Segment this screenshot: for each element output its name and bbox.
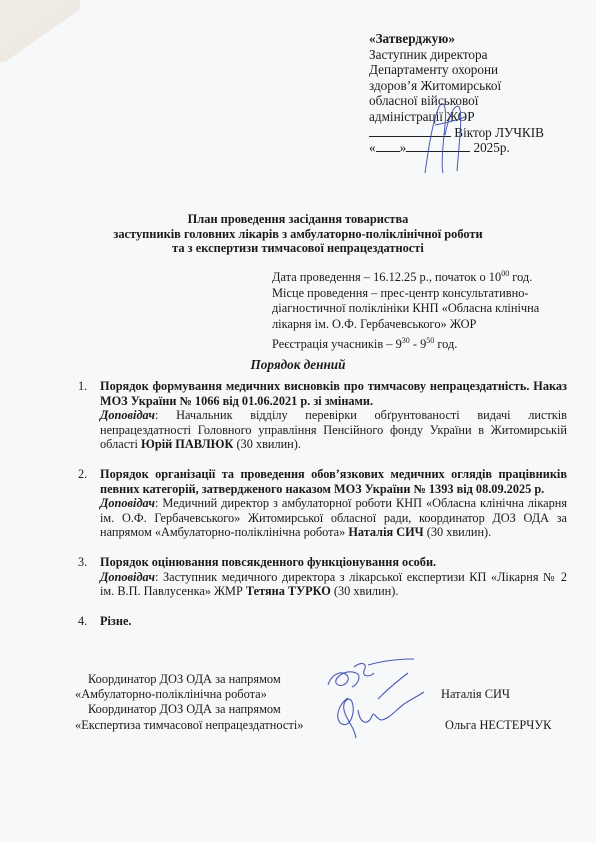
approver-signature-icon xyxy=(415,95,475,175)
reg-suffix: год. xyxy=(434,337,457,351)
coordinator2-signature-icon xyxy=(330,690,430,740)
item-number: 3. xyxy=(70,555,100,599)
approval-line: здоров’я Житомирської xyxy=(369,78,569,94)
speaker-name: Тетяна ТУРКО xyxy=(246,584,331,598)
speaker-duration: (30 хвилин). xyxy=(331,584,399,598)
coordinator2-name: Ольга НЕСТЕРЧУК xyxy=(445,718,551,733)
item-number: 1. xyxy=(70,379,100,452)
date-open-quote: « xyxy=(369,140,376,155)
coordinator2-direction: «Експертиза тимчасової непрацездатності»… xyxy=(75,718,575,733)
meeting-place: Місце проведення – прес-центр консультат… xyxy=(272,286,572,333)
agenda-title: Порядок денний xyxy=(0,357,596,373)
coordinator1-direction-text: «Амбулаторно-поліклінічна робота» xyxy=(75,687,267,701)
speaker-label: Доповідач xyxy=(100,408,155,422)
document-title: План проведення засідання товариства зас… xyxy=(0,212,596,256)
approval-heading: «Затверджую» xyxy=(369,31,569,47)
reg-text: Реєстрація учасників – 9 xyxy=(272,337,402,351)
speaker-name: Наталія СИЧ xyxy=(348,525,423,539)
speaker-name: Юрій ПАВЛЮК xyxy=(141,437,233,451)
speaker-label: Доповідач xyxy=(100,496,155,510)
item-topic: Різне. xyxy=(100,614,132,628)
coordinator1-name: Наталія СИЧ xyxy=(441,687,510,702)
date-text: Дата проведення – 16.12.25 р., початок о… xyxy=(272,270,501,284)
meeting-details: Дата проведення – 16.12.25 р., початок о… xyxy=(272,266,572,352)
coordinator2-direction-text: «Експертиза тимчасової непрацездатності» xyxy=(75,718,303,732)
reg-mid: - 9 xyxy=(410,337,427,351)
agenda-list: 1. Порядок формування медичних висновків… xyxy=(70,379,567,643)
agenda-item: 2. Порядок організації та проведення обо… xyxy=(70,467,567,540)
title-line: та з експертизи тимчасової непрацездатно… xyxy=(0,241,596,256)
approval-line: Департаменту охорони xyxy=(369,62,569,78)
date-close-quote: » xyxy=(400,140,407,155)
reg-sup: 30 xyxy=(402,336,410,345)
speaker-duration: (30 хвилин). xyxy=(424,525,492,539)
agenda-item: 1. Порядок формування медичних висновків… xyxy=(70,379,567,452)
title-line: План проведення засідання товариства xyxy=(0,212,596,227)
coordinator2-title: Координатор ДОЗ ОДА за напрямом xyxy=(75,702,575,717)
agenda-item: 4. Різне. xyxy=(70,614,567,629)
item-topic: Порядок оцінювання повсякденного функціо… xyxy=(100,555,436,569)
speaker-role: : Медичний директор з амбулаторної робот… xyxy=(100,496,567,539)
item-topic: Порядок формування медичних висновків пр… xyxy=(100,379,567,408)
speaker-label: Доповідач xyxy=(100,570,155,584)
date-sup: 00 xyxy=(501,269,509,278)
date-suffix: год. xyxy=(509,270,532,284)
registration-time: Реєстрація учасників – 930 - 950 год. xyxy=(272,333,572,353)
agenda-item: 3. Порядок оцінювання повсякденного функ… xyxy=(70,555,567,599)
title-line: заступників головних лікарів з амбулатор… xyxy=(0,227,596,242)
approval-year: 2025р. xyxy=(473,140,509,155)
item-number: 4. xyxy=(70,614,100,629)
speaker-duration: (30 хвилин). xyxy=(233,437,301,451)
item-number: 2. xyxy=(70,467,100,540)
meeting-date: Дата проведення – 16.12.25 р., початок о… xyxy=(272,266,572,286)
item-topic: Порядок організації та проведення обов’я… xyxy=(100,467,567,496)
document-page: «Затверджую» Заступник директора Департа… xyxy=(0,0,596,842)
approval-line: Заступник директора xyxy=(369,47,569,63)
day-blank xyxy=(376,140,400,152)
